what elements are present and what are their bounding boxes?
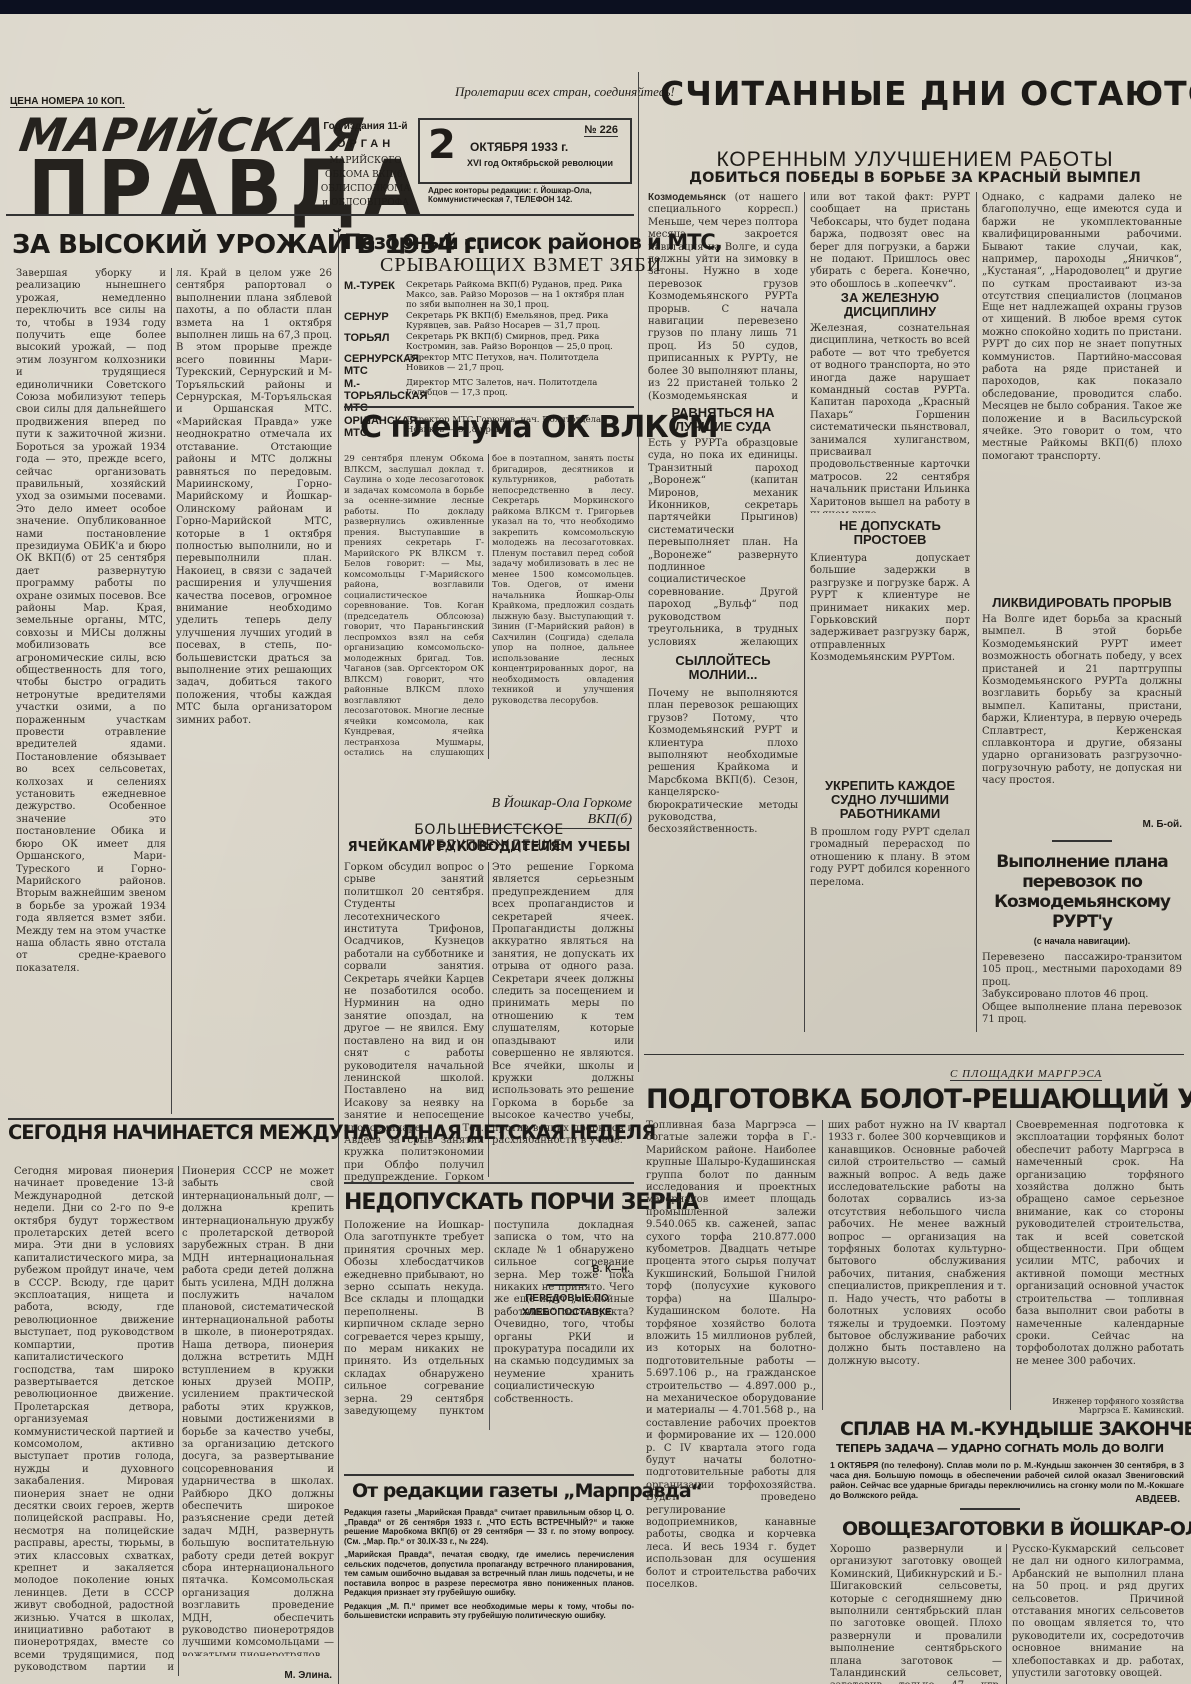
separator [547, 1284, 587, 1286]
gorkom-subtitle: ЯЧЕЙКАМИ РУКОВОДИТЕЛЯМ УЧЕБЫ [344, 840, 634, 855]
editorial-note-paragraph: Редакция „М. П.“ примет все необходимые … [344, 1602, 634, 1621]
issue-number: № 226 [584, 124, 618, 137]
shame-list-subtitle: СРЫВАЮЩИХ ВЗМЕТ ЗЯБИ [380, 254, 662, 277]
lead-text: Клиентура допускает большие задержки в р… [810, 553, 970, 773]
peat-headline: ПОДГОТОВКА БОЛОТ-РЕШАЮЩИЙ УЧАСТОК [646, 1084, 1191, 1115]
harvest-column-2: ля. Край в целом уже 26 сентября рапорто… [176, 268, 332, 1114]
section-rule [344, 406, 634, 408]
rafting-signature: АВДЕЕВ. [1080, 1494, 1180, 1505]
column-divider [488, 454, 489, 759]
lead-text: В прошлом году РУРТ сделал громадный пер… [810, 827, 970, 897]
grain-text: Положение на Йошкар-Ола заготпункте треб… [344, 1220, 634, 1430]
lead-text: Железная, сознательная дисциплина, четко… [810, 323, 970, 513]
date-month-year: ОКТЯБРЯ 1933 г. [470, 140, 568, 154]
peat-column-3: Своевременная подготовка к эксплоатации … [1016, 1120, 1184, 1395]
section-rule [344, 1182, 634, 1184]
lead-signature: М. Б-ой. [982, 819, 1182, 830]
masthead-rule [6, 214, 634, 216]
column-divider [804, 192, 805, 1032]
lead-text: Почему не выполняются план перевозок реш… [648, 688, 798, 938]
grain-signature: В. К—н. [500, 1264, 630, 1275]
plan-line: Общее выполнение плана перевозок 71 проц… [982, 1002, 1182, 1027]
peat-column-1: Топливная база Маргрэса — богатые залежи… [646, 1120, 816, 1680]
shame-list-headline: Позорный список районов и МТС, [344, 230, 722, 254]
editorial-note-body: Редакция газеты „Марийская Правда“ счита… [344, 1508, 634, 1621]
publication-year: Год издания 11-й [318, 120, 413, 134]
peat-rubric: С ПЛОЩАДКИ МАРГРЭСА [950, 1068, 1102, 1081]
lead-column-3: Однако, с кадрами далеко не благополучно… [982, 192, 1182, 1026]
slogan: Пролетарии всех стран, соединяйтесь! [455, 84, 675, 100]
column-divider [822, 1120, 823, 1410]
lead-subtitle-2: ДОБИТЬСЯ ПОБЕДЫ В БОРЬБЕ ЗА КРАСНЫЙ ВЫМП… [650, 170, 1180, 186]
lead-text: Однако, с кадрами далеко не благополучно… [982, 192, 1182, 302]
subhead-strengthen: УКРЕПИТЬ КАЖДОЕ СУДНО ЛУЧШИМИ РАБОТНИКАМ… [810, 779, 970, 821]
organ-text: МАРИЙСКОГО ОБКОМА ВКП(б) ОБЛИСПОЛКОМА и … [318, 154, 413, 210]
organ-block: Год издания 11-й ОРГАН МАРИЙСКОГО ОБКОМА… [318, 120, 413, 210]
vegetables-headline: ОВОЩЕЗАГОТОВКИ В ЙОШКАР-ОЛА РАЙОНЕ [842, 1518, 1191, 1540]
shame-row: ТОРЬЯЛСекретарь РК ВКП(б) Смирнов, пред.… [344, 332, 634, 352]
plenum-headline: С пленума ОК ВЛКСМ [360, 410, 718, 445]
price-label: ЦЕНА НОМЕРА 10 КОП. [10, 96, 125, 108]
rafting-subtitle: ТЕПЕРЬ ЗАДАЧА — УДАРНО СОГНАТЬ МОЛЬ ДО В… [836, 1442, 1164, 1455]
lead-subtitle: КОРЕННЫМ УЛУЧШЕНИЕМ РАБОТЫ [650, 148, 1180, 172]
peat-signature: Инженер торфяного хозяйства Маргрэса Е. … [1016, 1397, 1184, 1415]
organ-label: ОРГАН [318, 137, 413, 151]
section-rule [8, 1118, 334, 1120]
date-day: 2 [428, 122, 456, 168]
children-week-column-2: Пионерия СССР не может забыть свой интер… [182, 1166, 334, 1656]
subhead-no-idle: НЕ ДОПУСКАТЬ ПРОСТОЕВ [810, 519, 970, 547]
lead-column-1: Козмодемьянск (от нашего специального ко… [648, 192, 798, 938]
children-week-headline: СЕГОДНЯ НАЧИНАЕТСЯ МЕЖДУНАРОДНАЯ ДЕТСКАЯ… [8, 1122, 338, 1143]
lead-text: (от нашего специального корресп.) Меньше… [648, 192, 798, 402]
separator [1052, 840, 1112, 842]
column-divider [171, 268, 172, 1114]
lead-text: или вот такой факт: РУРТ сообщает на при… [810, 192, 970, 287]
editorial-address: Адрес конторы редакции: г. Йошкар-Ола, К… [428, 186, 628, 204]
subhead-discipline: ЗА ЖЕЛЕЗНУЮ ДИСЦИПЛИНУ [810, 291, 970, 319]
lead-text: На Волге идет борьба за красный вымпел. … [982, 614, 1182, 819]
revolution-year: XVI год Октябрьской революции [460, 158, 620, 168]
section-rule [644, 1054, 1184, 1055]
lead-column-2: или вот такой факт: РУРТ сообщает на при… [810, 192, 970, 897]
shame-row: СЕРНУРСКАЯ МТСДиректор МТС Петухов, нач.… [344, 353, 634, 377]
subhead-lightning: СЫЛЛОЙТЕСЬ МОЛНИИ... [648, 654, 798, 682]
vegetables-column-2: Русско-Кукмарский сельсовет не дал ни од… [1012, 1544, 1184, 1684]
shame-row: М.-ТОРЬЯЛЬСКАЯ МТСДиректор МТС Залетов, … [344, 378, 634, 414]
column-divider [638, 72, 639, 1072]
plan-line: Перевезено пассажиро-транзитом 105 проц.… [982, 952, 1182, 989]
column-divider [1006, 1544, 1007, 1684]
column-divider [1010, 1120, 1011, 1410]
shame-row: М.-ТУРЕКСекретарь Райкома ВКП(б) Руданов… [344, 280, 634, 310]
lead-text: Еще нет надлежащей охраны грузов от хище… [982, 302, 1182, 592]
column-divider [976, 192, 977, 1032]
harvest-column-1: Завершая уборку и реализацию нынешнего у… [16, 268, 166, 1114]
vegetables-column-1: Хорошо развернули и организуют заготовку… [830, 1544, 1002, 1684]
rafting-headline: СПЛАВ НА М.-КУНДЫШЕ ЗАКОНЧЕН [840, 1418, 1191, 1440]
leaders-article: ПЕРЕДОВЫЕ ПО ХЛЕБОПОСТАВКЕ [500, 1284, 634, 1320]
plan-box-subtitle: (с начала навигации). [982, 934, 1182, 948]
children-week-column-1: Сегодня мировая пионерия начинает провед… [14, 1166, 174, 1676]
editorial-note-paragraph: Редакция газеты „Марийская Правда“ счита… [344, 1508, 634, 1546]
lead-headline: СЧИТАННЫЕ ДНИ ОСТАЮТСЯ ДО КОНЦА НАВИГАЦИ… [660, 76, 1180, 112]
shame-row: СЕРНУРСекретарь РК ВКП(б) Емельянов, пре… [344, 311, 634, 331]
subhead-liquidate: ЛИКВИДИРОВАТЬ ПРОРЫВ [982, 596, 1182, 610]
leaders-headline: ПЕРЕДОВЫЕ ПО ХЛЕБОПОСТАВКЕ [500, 1292, 634, 1320]
peat-column-2: ших работ нужно на IV квартал 1933 г. бо… [828, 1120, 1006, 1406]
newspaper-page: ЦЕНА НОМЕРА 10 КОП. Пролетарии всех стра… [0, 14, 1191, 1684]
section-rule [344, 1474, 634, 1476]
dateline: Козмодемьянск [648, 192, 726, 203]
date-box: 2 № 226 ОКТЯБРЯ 1933 г. XVI год Октябрьс… [418, 118, 632, 184]
lead-text: Есть у РУРТа образцовые суда, но пока их… [648, 438, 798, 648]
column-divider [178, 1166, 179, 1676]
children-week-signature: М. Элина. [182, 1670, 332, 1681]
plenum-column-2: бое в поэтапном, занять посты бригадиров… [492, 454, 634, 759]
plan-line: Забуксировано плотов 46 проц. [982, 989, 1182, 1001]
grain-headline: НЕДОПУСКАТЬ ПОРЧИ ЗЕРНА [344, 1190, 698, 1215]
editorial-note-paragraph: „Марийская Правда“, печатая сводку, где … [344, 1550, 634, 1598]
plan-box-title: Выполнение плана перевозок по Козмодемья… [982, 852, 1182, 932]
column-divider [338, 228, 339, 1684]
plenum-column-1: 29 сентября пленум Обкома ВЛКСМ, заслуша… [344, 454, 484, 759]
separator [960, 1508, 1020, 1510]
